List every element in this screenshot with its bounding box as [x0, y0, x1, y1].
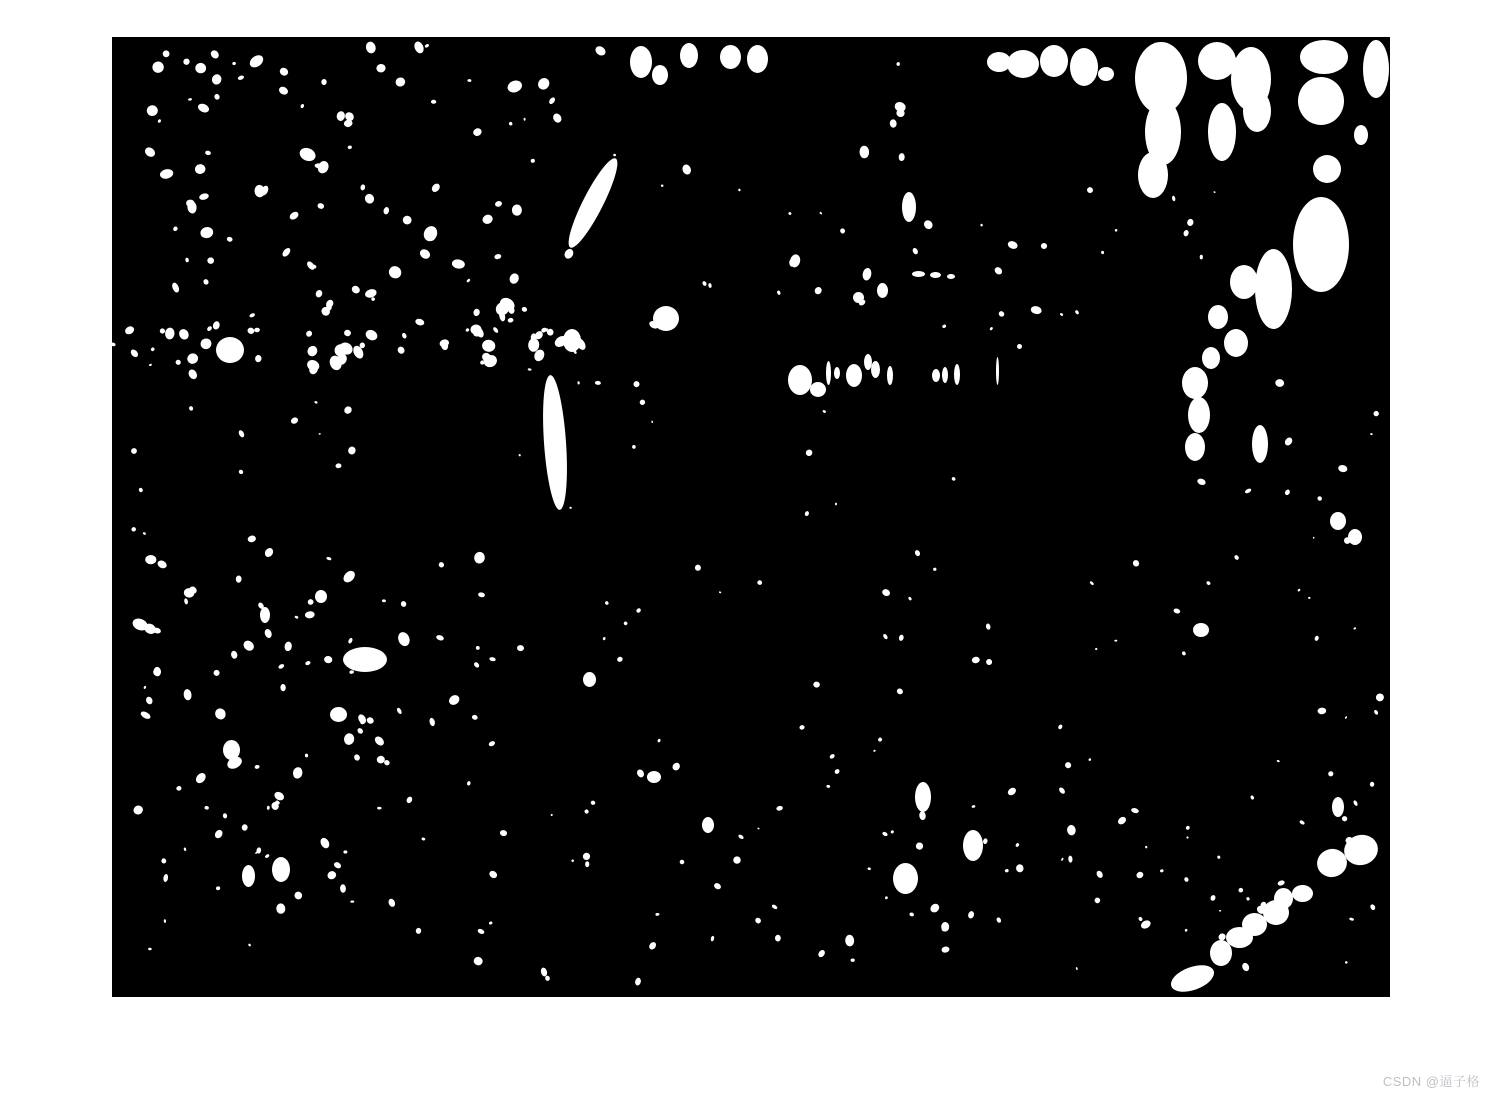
csdn-watermark: CSDN @逼子格 — [1383, 1071, 1480, 1090]
binary-image — [112, 37, 1390, 997]
screenshot-root: CSDN @逼子格 — [0, 0, 1500, 1095]
binary-image-canvas — [112, 37, 1390, 997]
